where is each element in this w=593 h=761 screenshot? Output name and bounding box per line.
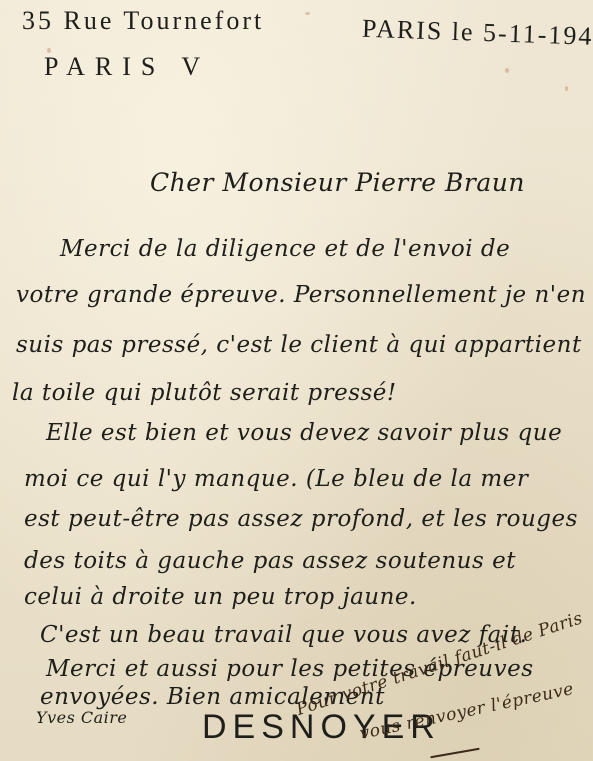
body-line: est peut-être pas assez profond, et les …: [24, 506, 578, 532]
letter-date: PARIS le 5-11-1947: [362, 14, 593, 53]
letter-page: 35 Rue Tournefort PARIS V PARIS le 5-11-…: [0, 0, 593, 761]
salutation: Cher Monsieur Pierre Braun: [150, 168, 525, 197]
closing-extra: Yves Caire: [36, 708, 127, 727]
ink-stain: [565, 86, 568, 91]
underline-stroke: [430, 748, 480, 759]
body-line: C'est un beau travail que vous avez fait…: [40, 622, 527, 648]
body-line: celui à droite un peu trop jaune.: [24, 584, 417, 610]
body-line: Merci de la diligence et de l'envoi de: [60, 236, 510, 262]
body-line: des toits à gauche pas assez soutenus et: [24, 548, 516, 574]
body-line: votre grande épreuve. Personnellement je…: [16, 282, 586, 308]
ink-stain: [505, 68, 509, 73]
sender-address-street: 35 Rue Tournefort: [22, 6, 264, 36]
sender-address-city: PARIS V: [44, 52, 210, 82]
ink-stain: [305, 12, 310, 15]
body-line: Elle est bien et vous devez savoir plus …: [46, 420, 562, 446]
body-line: suis pas pressé, c'est le client à qui a…: [16, 332, 582, 358]
body-line: la toile qui plutôt serait pressé!: [12, 380, 397, 406]
body-line: moi ce qui l'y manque. (Le bleu de la me…: [24, 466, 528, 492]
